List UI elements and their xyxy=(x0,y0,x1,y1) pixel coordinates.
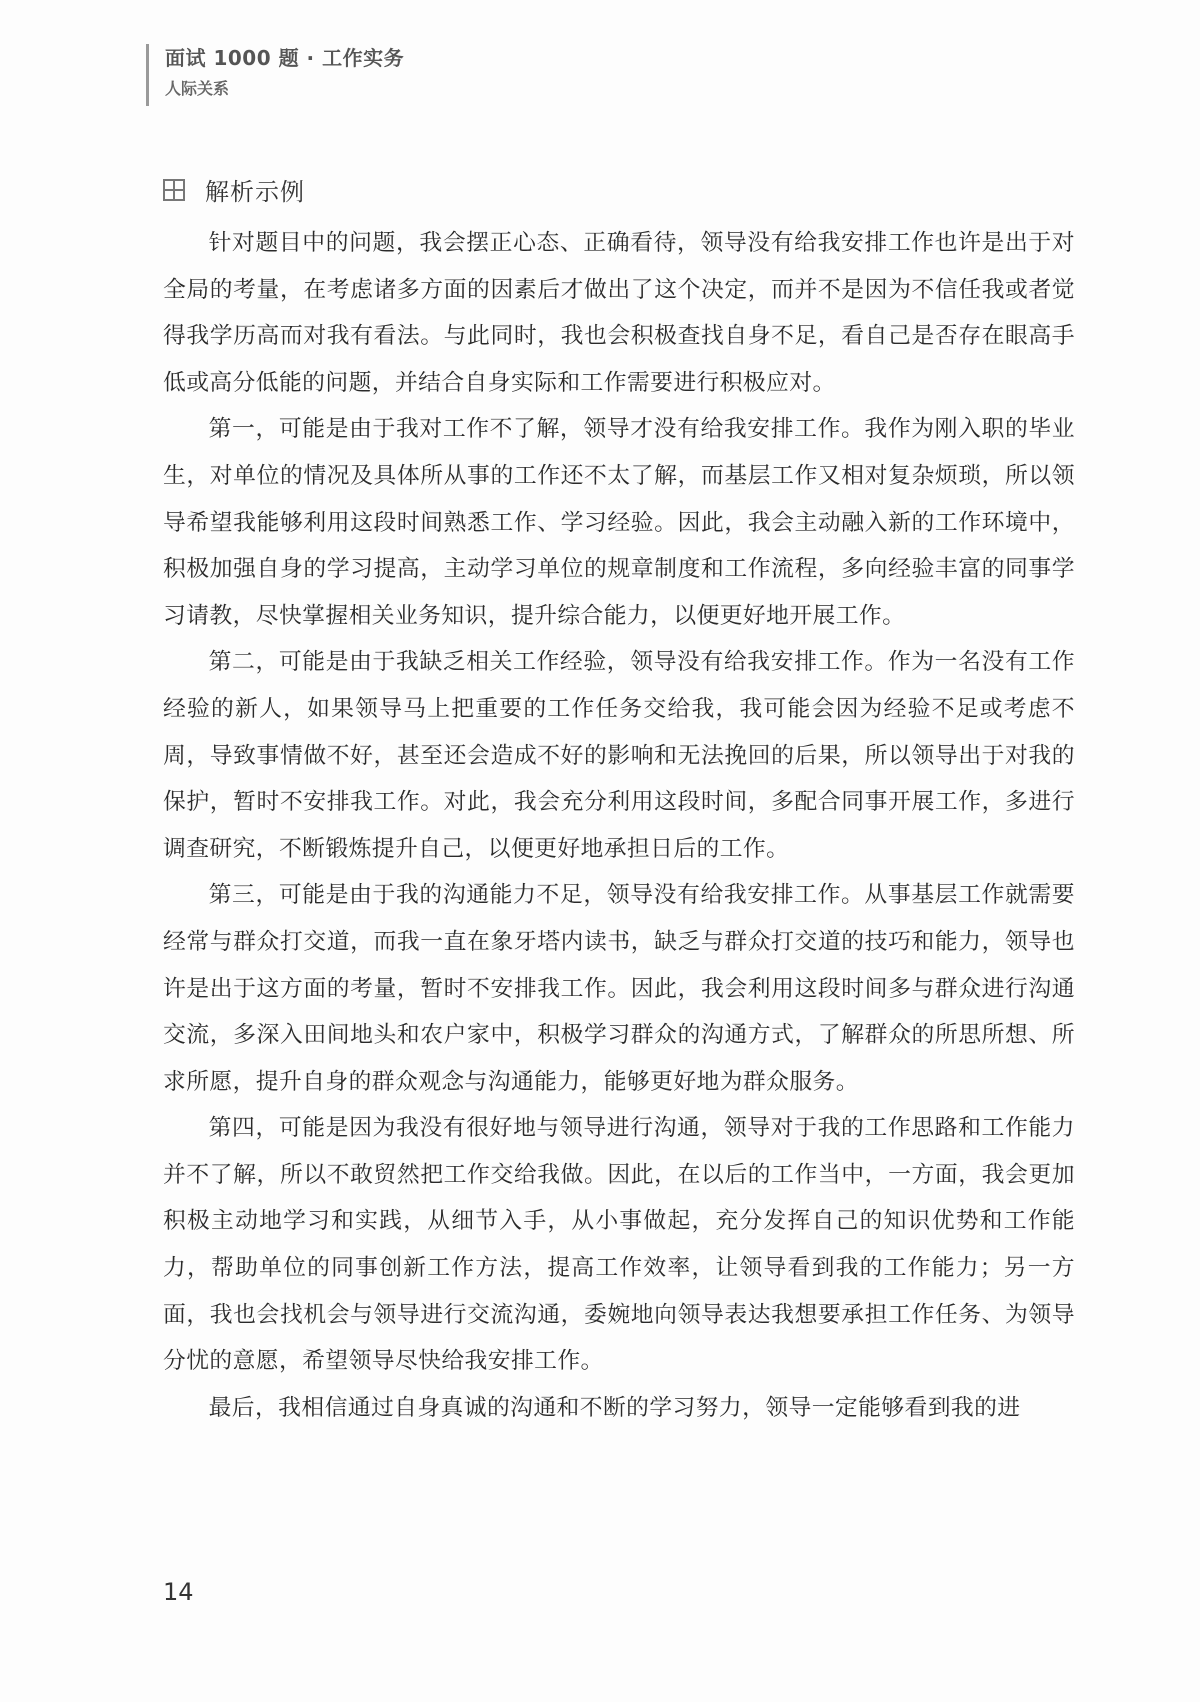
paragraph-second: 第二，可能是由于我缺乏相关工作经验，领导没有给我安排工作。作为一名没有工作经验的… xyxy=(163,639,1075,872)
grid-icon xyxy=(163,179,185,201)
paragraph-last: 最后，我相信通过自身真诚的沟通和不断的学习努力，领导一定能够看到我的进 xyxy=(163,1385,1075,1432)
paragraph-intro: 针对题目中的问题，我会摆正心态、正确看待，领导没有给我安排工作也许是出于对全局的… xyxy=(163,220,1075,406)
running-header: 面试 1000 题 · 工作实务 人际关系 xyxy=(146,44,404,106)
paragraph-third: 第三，可能是由于我的沟通能力不足，领导没有给我安排工作。从事基层工作就需要经常与… xyxy=(163,872,1075,1105)
body-text: 针对题目中的问题，我会摆正心态、正确看待，领导没有给我安排工作也许是出于对全局的… xyxy=(163,220,1075,1431)
page-number: 14 xyxy=(163,1578,194,1606)
section-heading: 解析示例 xyxy=(163,172,305,207)
book-title: 面试 1000 题 · 工作实务 xyxy=(165,44,404,72)
paragraph-fourth: 第四，可能是因为我没有很好地与领导进行沟通，领导对于我的工作思路和工作能力并不了… xyxy=(163,1105,1075,1385)
paragraph-first: 第一，可能是由于我对工作不了解，领导才没有给我安排工作。我作为刚入职的毕业生，对… xyxy=(163,406,1075,639)
chapter-title: 人际关系 xyxy=(165,76,404,102)
section-title: 解析示例 xyxy=(205,172,305,207)
